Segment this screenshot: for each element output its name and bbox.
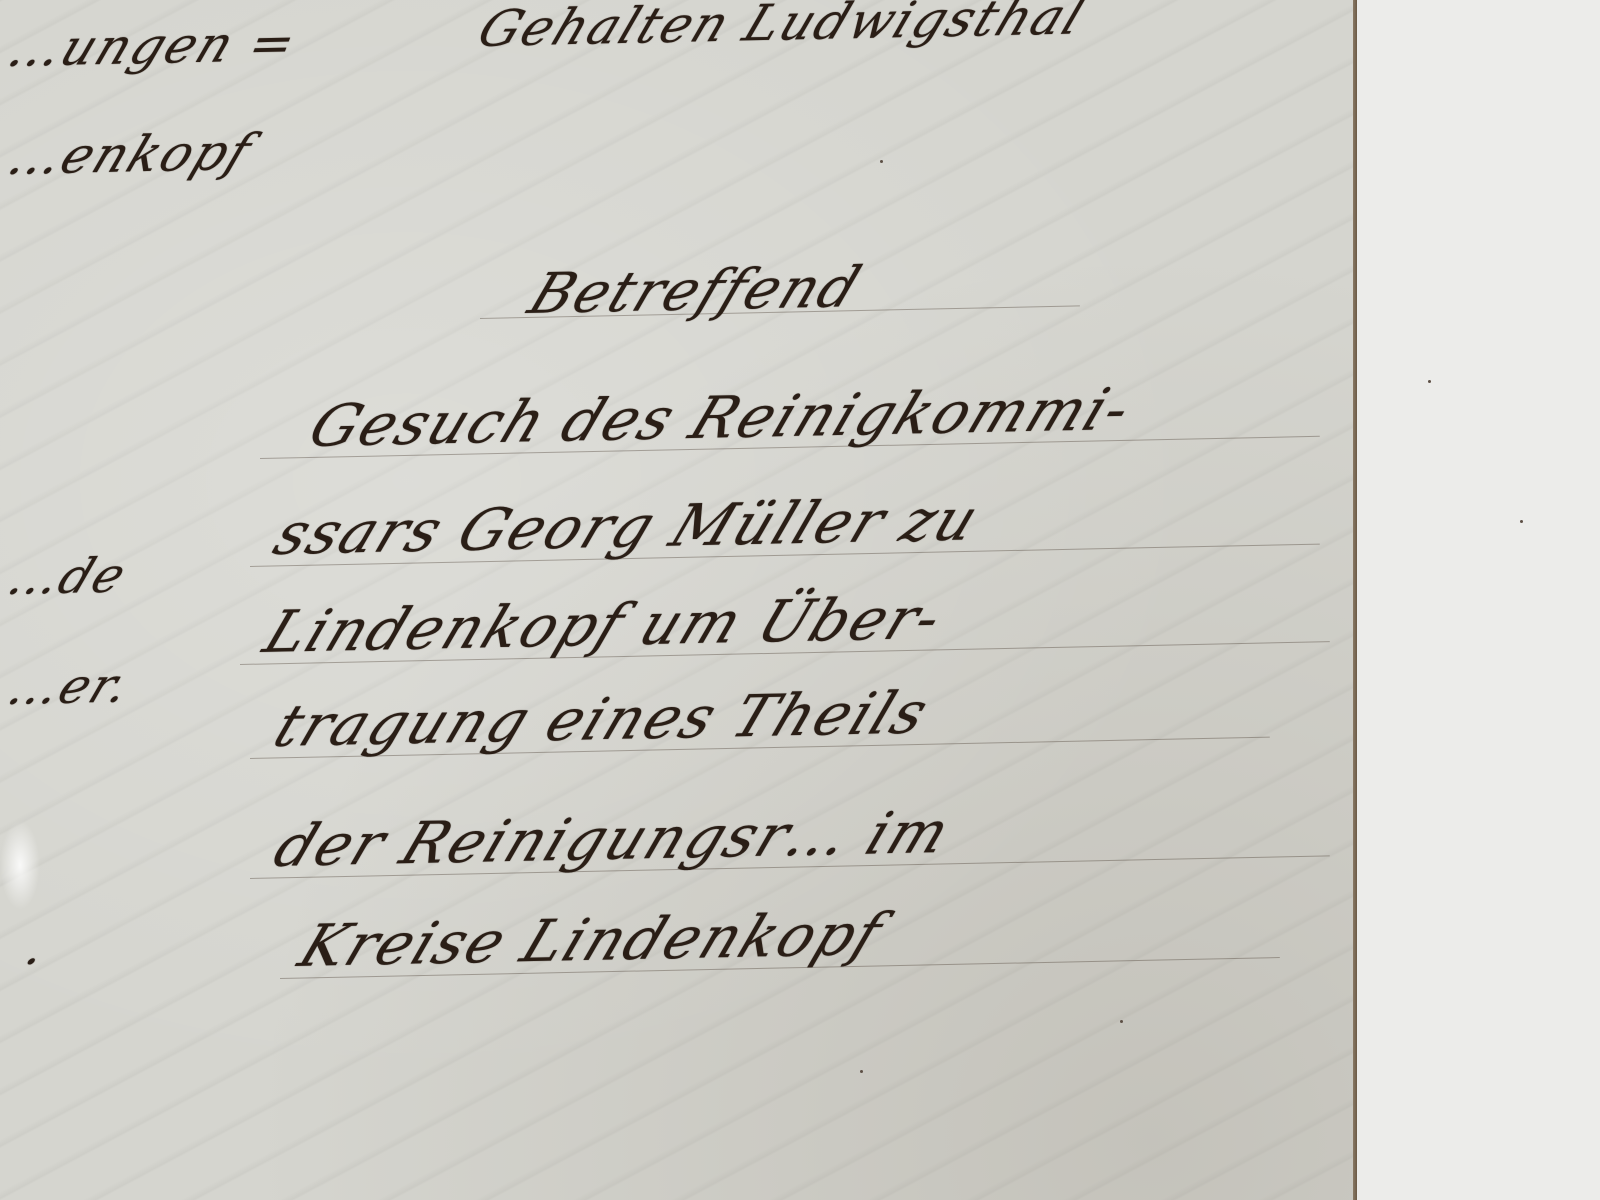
light-glare [0,820,40,910]
top-line-second: …enkopf [0,123,261,186]
margin-fragment-1: …de [0,548,136,606]
body-line-4: tragung eines Theils [265,679,939,760]
paper-speck [880,160,883,163]
mat-speck [1520,520,1523,523]
mat-speck [1428,380,1431,383]
body-line-6: Kreise Lindenkopf [290,900,893,980]
white-backing-mat [1357,0,1600,1200]
paper-speck [1120,1020,1123,1023]
body-line-5: der Reinigungsr… im [265,798,961,880]
top-line-left: …ungen = [0,14,307,78]
document-heading: Betreffend [520,255,871,327]
paper-speck [860,1070,863,1073]
margin-fragment-2: …er. [0,658,140,716]
